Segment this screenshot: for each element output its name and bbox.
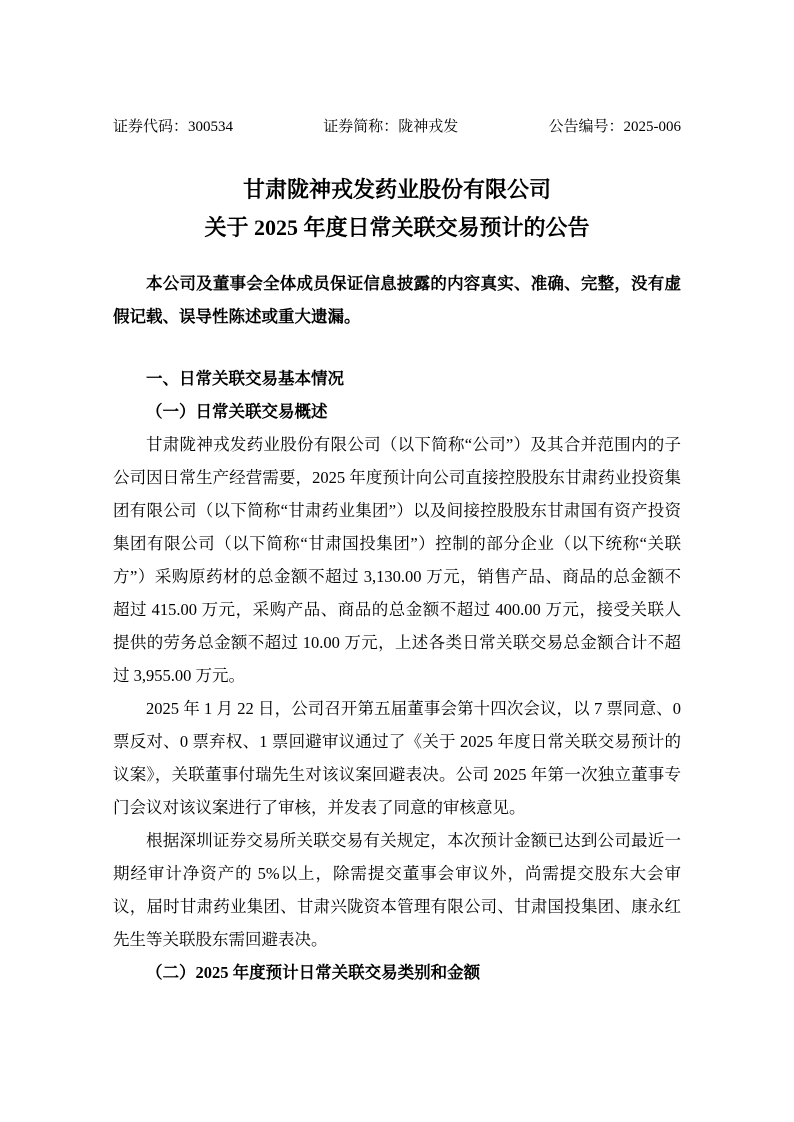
document-header: 证券代码：300534 证券简称：陇神戎发 公告编号：2025-006 <box>113 117 681 137</box>
subsection-1-1-heading: （一）日常关联交易概述 <box>113 395 681 428</box>
section-1-heading: 一、日常关联交易基本情况 <box>113 362 681 395</box>
announcement-page: 证券代码：300534 证券简称：陇神戎发 公告编号：2025-006 甘肃陇神… <box>0 0 794 1122</box>
document-title: 甘肃陇神戎发药业股份有限公司 关于 2025 年度日常关联交易预计的公告 <box>113 171 681 247</box>
paragraph-board-meeting: 2025 年 1 月 22 日，公司召开第五届董事会第十四次会议，以 7 票同意… <box>113 692 681 824</box>
company-name-title: 甘肃陇神戎发药业股份有限公司 <box>113 171 681 209</box>
paragraph-review-procedure: 根据深圳证券交易所关联交易有关规定，本次预计金额已达到公司最近一期经审计净资产的… <box>113 824 681 956</box>
stock-code: 证券代码：300534 <box>113 117 233 137</box>
subsection-1-2-heading: （二）2025 年度预计日常关联交易类别和金额 <box>113 956 681 989</box>
disclaimer-statement: 本公司及董事会全体成员保证信息披露的内容真实、准确、完整，没有虚假记载、误导性陈… <box>113 267 681 333</box>
paragraph-overview: 甘肃陇神戎发药业股份有限公司（以下简称“公司”）及其合并范围内的子公司因日常生产… <box>113 428 681 692</box>
document-body: 一、日常关联交易基本情况 （一）日常关联交易概述 甘肃陇神戎发药业股份有限公司（… <box>113 362 681 989</box>
stock-name: 证券简称：陇神戎发 <box>323 117 458 137</box>
announcement-subject-title: 关于 2025 年度日常关联交易预计的公告 <box>113 209 681 247</box>
announcement-number: 公告编号：2025-006 <box>549 117 682 137</box>
